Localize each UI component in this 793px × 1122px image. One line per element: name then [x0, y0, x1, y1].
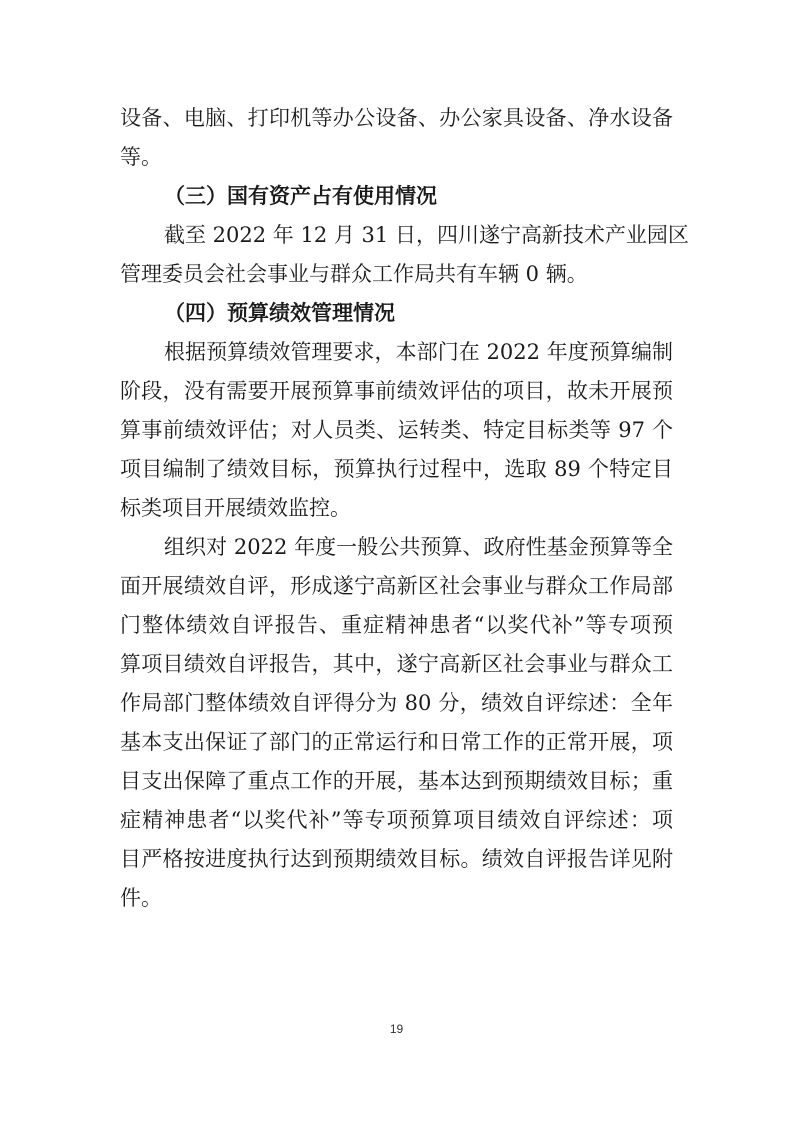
document-body: 设备、电脑、打印机等办公设备、办公家具设备、净水设备 等。 （三）国有资产占有使… [120, 99, 673, 918]
text-line: 截至 2022 年 12 月 31 日，四川遂宁高新技术产业园区 [120, 216, 673, 255]
text-line: 阶段，没有需要开展预算事前绩效评估的项目，故未开展预 [120, 372, 673, 411]
text-line: 等。 [120, 138, 673, 177]
text-line: 标类项目开展绩效监控。 [120, 489, 673, 528]
text-line: 算事前绩效评估；对人员类、运转类、特定目标类等 97 个 [120, 411, 673, 450]
text-line: 项目编制了绩效目标，预算执行过程中，选取 89 个特定目 [120, 450, 673, 489]
text-line: 门整体绩效自评报告、重症精神患者“以奖代补”等专项预 [120, 606, 673, 645]
text-line: 件。 [120, 879, 673, 918]
text-line: 根据预算绩效管理要求，本部门在 2022 年度预算编制 [120, 333, 673, 372]
text-line: 目支出保障了重点工作的开展，基本达到预期绩效目标；重 [120, 762, 673, 801]
section-heading-assets: （三）国有资产占有使用情况 [120, 177, 673, 216]
page-number: 19 [0, 1022, 793, 1036]
text-line: 作局部门整体绩效自评得分为 80 分，绩效自评综述：全年 [120, 684, 673, 723]
text-line: 基本支出保证了部门的正常运行和日常工作的正常开展，项 [120, 723, 673, 762]
text-line: 组织对 2022 年度一般公共预算、政府性基金预算等全 [120, 528, 673, 567]
text-line: 面开展绩效自评，形成遂宁高新区社会事业与群众工作局部 [120, 567, 673, 606]
section-heading-performance: （四）预算绩效管理情况 [120, 294, 673, 333]
text-line: 管理委员会社会事业与群众工作局共有车辆 0 辆。 [120, 255, 673, 294]
text-line: 设备、电脑、打印机等办公设备、办公家具设备、净水设备 [120, 99, 673, 138]
text-line: 算项目绩效自评报告，其中，遂宁高新区社会事业与群众工 [120, 645, 673, 684]
text-line: 症精神患者“以奖代补”等专项预算项目绩效自评综述：项 [120, 801, 673, 840]
text-line: 目严格按进度执行达到预期绩效目标。绩效自评报告详见附 [120, 840, 673, 879]
